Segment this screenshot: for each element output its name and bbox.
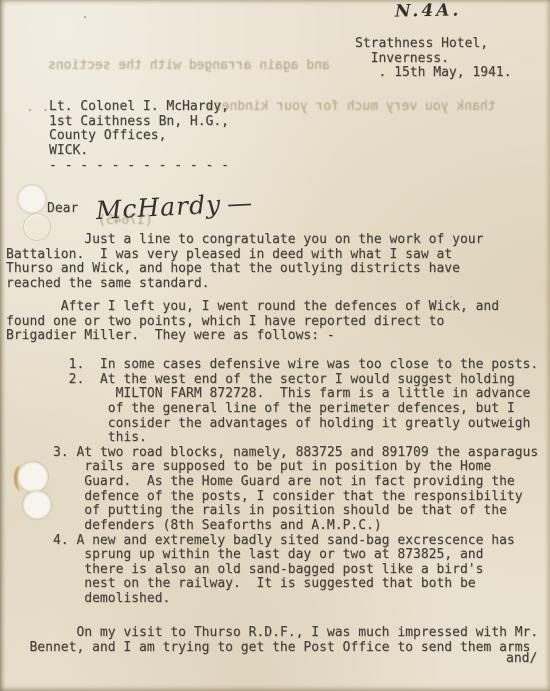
text-line: Battalion. I was very pleased in deed wi… bbox=[6, 248, 483, 263]
text-line: Inverness. bbox=[355, 52, 512, 67]
text-line: nest on the railway. It is suggested tha… bbox=[6, 577, 538, 592]
text-line: this. bbox=[6, 431, 538, 446]
text-line: County Offices, bbox=[49, 129, 229, 144]
text-line: Bennet, and I am trying to get the Post … bbox=[6, 641, 538, 656]
text-line: 4. A new and extremely badly sited sand-… bbox=[6, 534, 538, 549]
text-line: WICK. bbox=[49, 144, 229, 159]
text-line: sprung up within the last day or two at … bbox=[6, 548, 538, 563]
text-line: Guard. As the Home Guard are not in fact… bbox=[6, 475, 538, 490]
text-line: 1st Caithness Bn, H.G., bbox=[49, 115, 229, 130]
body-paragraph-3: On my visit to Thurso R.D.F., I was much… bbox=[6, 626, 538, 655]
text-line: Just a line to congratulate you on the w… bbox=[6, 233, 483, 248]
text-line: reached the same standard. bbox=[6, 277, 483, 292]
text-line: Brigadier Miller. They were as follows: … bbox=[6, 329, 499, 344]
text-line: of the general line of the perimeter def… bbox=[6, 402, 538, 417]
text-line: Strathness Hotel, bbox=[355, 37, 512, 52]
handwritten-name: McHardy— bbox=[95, 188, 254, 225]
body-paragraph-2: After I left you, I went round the defen… bbox=[6, 300, 499, 344]
text-line: found one or two points, which I have re… bbox=[6, 315, 499, 330]
text-line: Thurso and Wick, and hope that the outly… bbox=[6, 262, 483, 277]
text-line: 2. At the west end of the sector I would… bbox=[6, 373, 538, 388]
text-line: On my visit to Thurso R.D.F., I was much… bbox=[6, 626, 538, 641]
handwritten-name-text: McHardy bbox=[95, 190, 222, 226]
text-line: - - - - - - - - - - - - bbox=[49, 159, 229, 174]
letterhead: Strathness Hotel, Inverness. . 15th May,… bbox=[355, 37, 512, 81]
text-line: Lt. Colonel I. McHardy, bbox=[49, 100, 229, 115]
text-line: 1. In some cases defensive wire was too … bbox=[6, 358, 538, 373]
body-paragraph-1: Just a line to congratulate you on the w… bbox=[6, 233, 483, 292]
salutation: Dear McHardy— bbox=[47, 196, 254, 225]
text-line: rails are supposed to be put in position… bbox=[6, 460, 538, 475]
text-line: consider the advantages of holding it gr… bbox=[6, 417, 538, 432]
document-page: and again arranged with the sections tha… bbox=[0, 0, 550, 691]
text-line: there is also an old sand-bagged post li… bbox=[6, 563, 538, 578]
text-line: After I left you, I went round the defen… bbox=[6, 300, 499, 315]
handwritten-reference: N.4A. bbox=[395, 0, 462, 21]
handwritten-flourish: — bbox=[227, 188, 254, 218]
numbered-points-list: 1. In some cases defensive wire was too … bbox=[6, 358, 538, 607]
text-line: . 15th May, 1941. bbox=[355, 66, 512, 81]
text-line: defenders (8th Seaforths and A.M.P.C.) bbox=[6, 519, 538, 534]
stray-type-marks: . . bbox=[26, 100, 49, 115]
continuation-mark: and/ bbox=[506, 652, 537, 667]
letter-content: N.4A. Strathness Hotel, Inverness. . 15t… bbox=[0, 0, 550, 691]
text-line: 3. At two road blocks, namely, 883725 an… bbox=[6, 446, 538, 461]
recipient-address: Lt. Colonel I. McHardy,1st Caithness Bn,… bbox=[49, 100, 229, 173]
text-line: defence of the posts, I consider that th… bbox=[6, 490, 538, 505]
salutation-typed: Dear bbox=[47, 196, 78, 217]
text-line: MILTON FARM 872728. This farm is a littl… bbox=[6, 387, 538, 402]
text-line: of putting the rails in position should … bbox=[6, 504, 538, 519]
text-line: demolished. bbox=[6, 592, 538, 607]
